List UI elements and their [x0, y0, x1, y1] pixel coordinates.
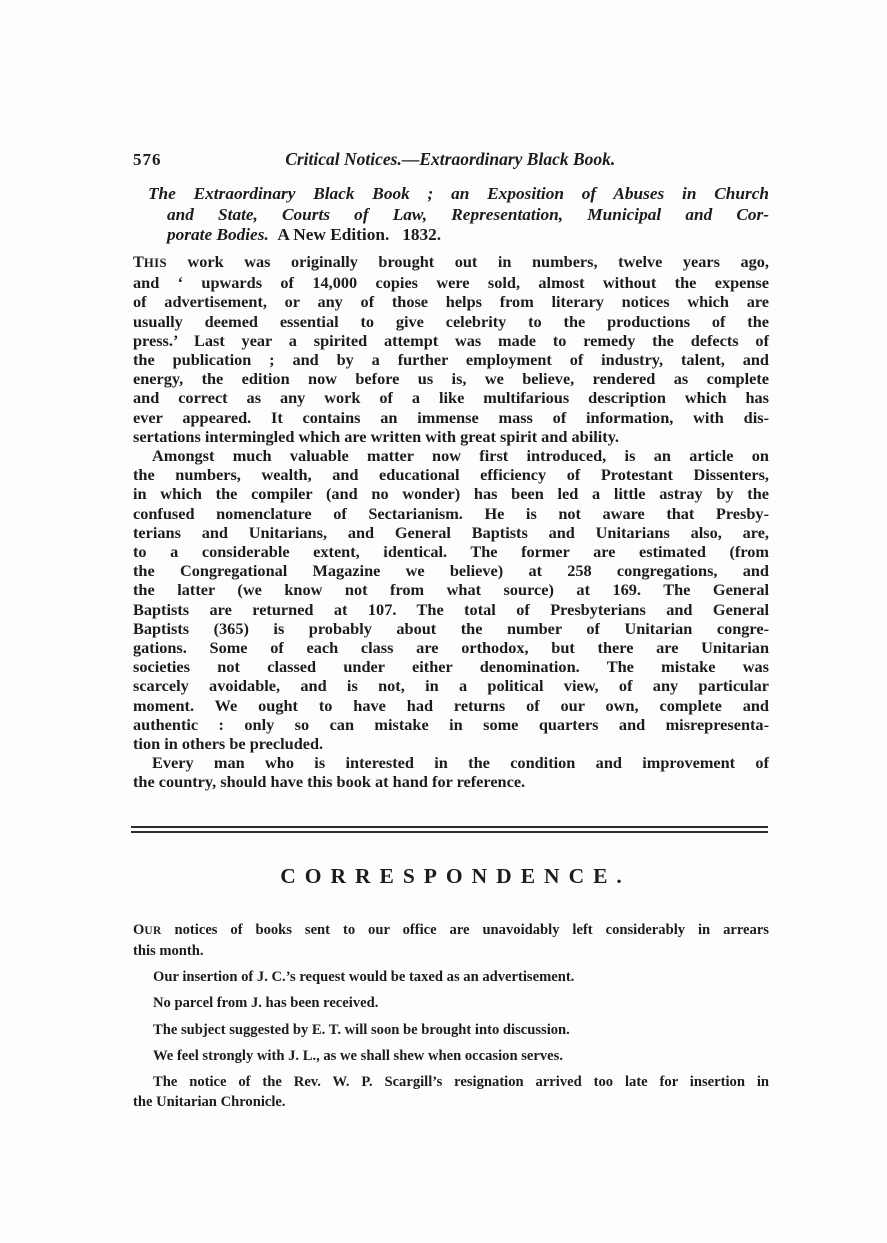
text-segment: usually deemed essential to give celebri…: [133, 312, 769, 331]
text-line: and ‘ upwards of 14,000 copies were sold…: [133, 273, 769, 292]
text-segment: and correct as any work of a like multif…: [133, 388, 769, 407]
notice-item-no-parcel: No parcel from J. has been received.: [133, 994, 769, 1014]
text-line: gations. Some of each class are orthodox…: [133, 638, 769, 657]
text-segment: and ‘ upwards of 14,000 copies were sold…: [133, 273, 769, 292]
page-header: 576 Critical Notices.—Extraordinary Blac…: [133, 149, 769, 170]
review-body: THIS work was originally brought out in …: [133, 252, 769, 792]
text-segment: notices of books sent to our office are …: [162, 922, 769, 938]
text-line: societies not classed under either denom…: [133, 657, 769, 676]
text-segment: Amongst much valuable matter now first i…: [152, 446, 769, 465]
text-segment: moment. We ought to have had returns of …: [133, 696, 769, 715]
text-line: the Unitarian Chronicle.: [133, 1093, 769, 1113]
text-segment: scarcely avoidable, and is not, in a pol…: [133, 676, 769, 695]
text-segment: The notice of the Rev. W. P. Scargill’s …: [153, 1074, 769, 1090]
text-segment: the Congregational Magazine we believe) …: [133, 561, 769, 580]
text-line: to a considerable extent, identical. The…: [133, 542, 769, 561]
text-line: moment. We ought to have had returns of …: [133, 696, 769, 715]
text-line: Amongst much valuable matter now first i…: [133, 446, 769, 465]
text-segment: confused nomenclature of Sectarianism. H…: [133, 504, 769, 523]
text-segment: HIS: [144, 256, 167, 270]
text-line: Baptists are returned at 107. The total …: [133, 600, 769, 619]
text-line: Every man who is interested in the condi…: [133, 753, 769, 772]
notice-item-jc-request: Our insertion of J. C.’s request would b…: [133, 968, 769, 988]
text-segment: O: [133, 922, 144, 938]
text-line: THIS work was originally brought out in …: [133, 252, 769, 273]
notice-item-et-subject: The subject suggested by E. T. will soon…: [133, 1021, 769, 1041]
text-segment: to a considerable extent, identical. The…: [133, 542, 769, 561]
text-segment: work was originally brought out in numbe…: [167, 252, 769, 271]
text-segment: and State, Courts of Law, Representation…: [167, 205, 769, 224]
text-line: scarcely avoidable, and is not, in a pol…: [133, 676, 769, 695]
text-line: confused nomenclature of Sectarianism. H…: [133, 504, 769, 523]
text-line: and State, Courts of Law, Representation…: [167, 205, 769, 226]
text-segment: Our insertion of J. C.’s request would b…: [153, 969, 574, 985]
text-segment: press.’ Last year a spirited attempt was…: [133, 331, 769, 350]
notice-item-scargill: The notice of the Rev. W. P. Scargill’s …: [133, 1073, 769, 1113]
text-segment: Baptists are returned at 107. The total …: [133, 600, 769, 619]
text-segment: UR: [144, 925, 161, 937]
text-line: usually deemed essential to give celebri…: [133, 312, 769, 331]
text-segment: We feel strongly with J. L., as we shall…: [153, 1048, 563, 1064]
scanned-page: 576 Critical Notices.—Extraordinary Blac…: [0, 0, 887, 1243]
running-title: Critical Notices.—Extraordinary Black Bo…: [162, 149, 770, 170]
text-line: in which the compiler (and no wonder) ha…: [133, 484, 769, 503]
text-line: OUR notices of books sent to our office …: [133, 921, 769, 942]
text-line: sertations intermingled which are writte…: [133, 427, 769, 446]
text-segment: tion in others be precluded.: [133, 734, 323, 753]
text-segment: authentic : only so can mistake in some …: [133, 715, 769, 734]
text-segment: Every man who is interested in the condi…: [152, 753, 769, 772]
text-line: authentic : only so can mistake in some …: [133, 715, 769, 734]
text-line: the country, should have this book at ha…: [133, 772, 769, 791]
text-segment: ever appeared. It contains an immense ma…: [133, 408, 769, 427]
text-segment: gations. Some of each class are orthodox…: [133, 638, 769, 657]
text-line: the Congregational Magazine we believe) …: [133, 561, 769, 580]
page-number: 576: [133, 150, 162, 170]
text-line: this month.: [133, 942, 769, 962]
review-title: The Extraordinary Black Book ; an Exposi…: [133, 184, 769, 246]
text-line: energy, the edition now before us is, we…: [133, 369, 769, 388]
text-line: and correct as any work of a like multif…: [133, 388, 769, 407]
text-line: tion in others be precluded.: [133, 734, 769, 753]
text-segment: the numbers, wealth, and educational eff…: [133, 465, 769, 484]
text-line: terians and Unitarians, and General Bapt…: [133, 523, 769, 542]
notice-item-jl-feel: We feel strongly with J. L., as we shall…: [133, 1047, 769, 1067]
review-paragraph-3: Every man who is interested in the condi…: [133, 753, 769, 791]
text-segment: in which the compiler (and no wonder) ha…: [133, 484, 769, 503]
text-line: press.’ Last year a spirited attempt was…: [133, 331, 769, 350]
review-paragraph-2: Amongst much valuable matter now first i…: [133, 446, 769, 753]
text-line: ever appeared. It contains an immense ma…: [133, 408, 769, 427]
text-segment: T: [133, 252, 144, 271]
text-segment: porate Bodies.: [167, 225, 269, 244]
text-line: the publication ; and by a further emplo…: [133, 350, 769, 369]
text-segment: the publication ; and by a further emplo…: [133, 350, 769, 369]
text-segment: A New Edition. 1832.: [269, 225, 441, 244]
text-segment: Baptists (365) is probably about the num…: [133, 619, 769, 638]
text-segment: the latter (we know not from what source…: [133, 580, 769, 599]
notice-item-arrears: OUR notices of books sent to our office …: [133, 921, 769, 962]
text-segment: sertations intermingled which are writte…: [133, 427, 619, 446]
text-line: of advertisement, or any of those helps …: [133, 292, 769, 311]
text-line: No parcel from J. has been received.: [133, 994, 769, 1014]
text-line: Baptists (365) is probably about the num…: [133, 619, 769, 638]
text-line: The Extraordinary Black Book ; an Exposi…: [167, 184, 769, 205]
text-segment: the country, should have this book at ha…: [133, 772, 525, 791]
text-line: The subject suggested by E. T. will soon…: [133, 1021, 769, 1041]
text-line: the numbers, wealth, and educational eff…: [133, 465, 769, 484]
text-line: The notice of the Rev. W. P. Scargill’s …: [133, 1073, 769, 1093]
text-segment: The Extraordinary Black Book ; an Exposi…: [148, 184, 769, 203]
text-line: porate Bodies. A New Edition. 1832.: [167, 225, 769, 246]
text-segment: this month.: [133, 943, 204, 959]
text-segment: No parcel from J. has been received.: [153, 995, 378, 1011]
text-segment: of advertisement, or any of those helps …: [133, 292, 769, 311]
text-segment: societies not classed under either denom…: [133, 657, 769, 676]
correspondence-heading: CORRESPONDENCE.: [133, 864, 769, 889]
section-divider-rule: [131, 826, 768, 833]
text-line: We feel strongly with J. L., as we shall…: [133, 1047, 769, 1067]
text-line: the latter (we know not from what source…: [133, 580, 769, 599]
text-line: Our insertion of J. C.’s request would b…: [133, 968, 769, 988]
text-segment: energy, the edition now before us is, we…: [133, 369, 769, 388]
text-segment: the Unitarian Chronicle.: [133, 1094, 286, 1110]
review-paragraph-1: THIS work was originally brought out in …: [133, 252, 769, 446]
correspondence-notices: OUR notices of books sent to our office …: [133, 921, 769, 1119]
text-segment: The subject suggested by E. T. will soon…: [153, 1022, 570, 1038]
text-segment: terians and Unitarians, and General Bapt…: [133, 523, 769, 542]
